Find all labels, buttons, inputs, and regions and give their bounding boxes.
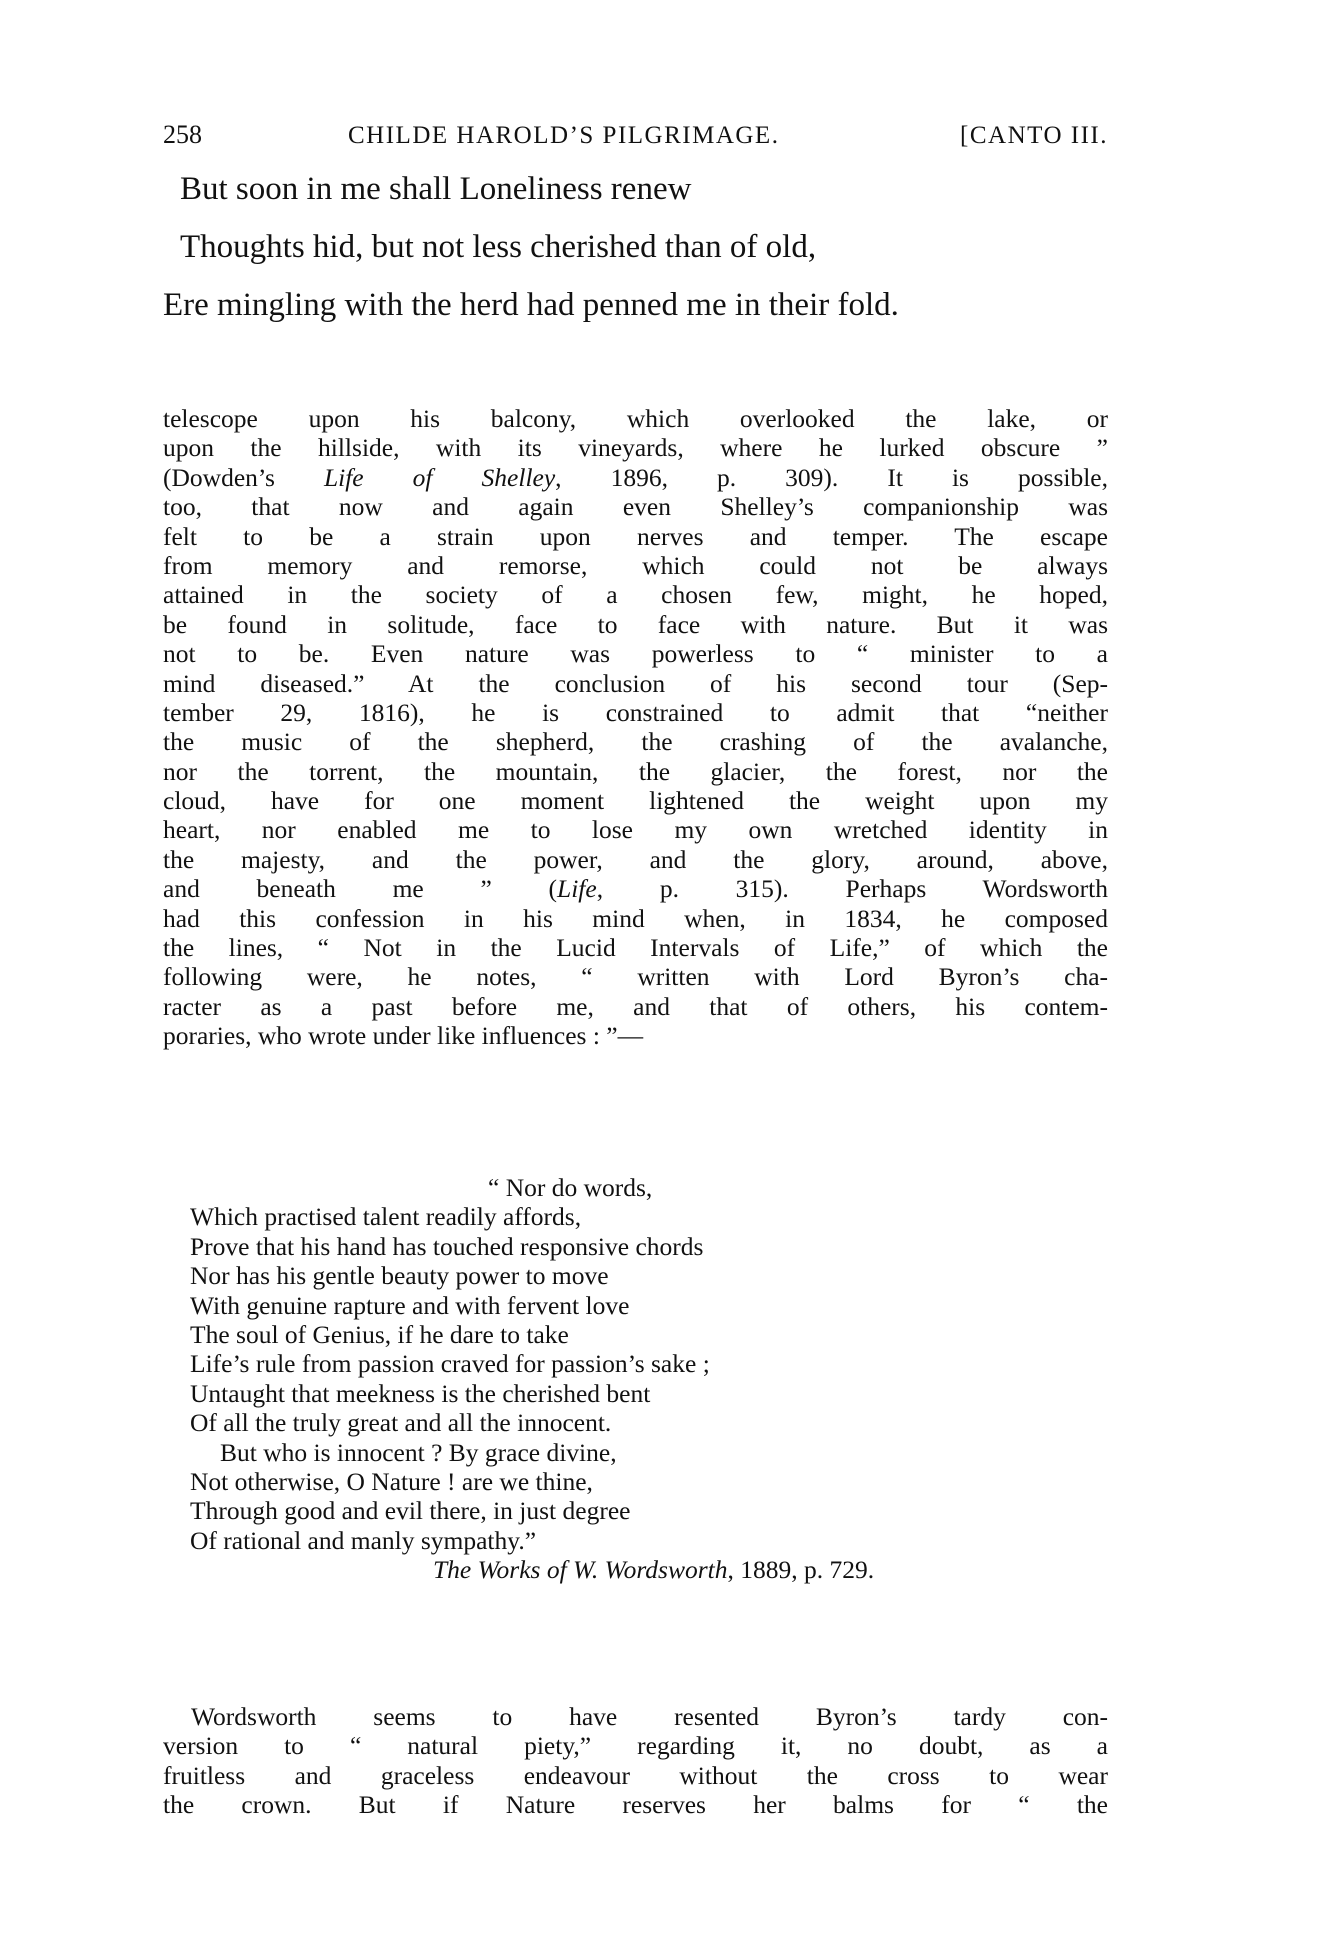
note-paragraph: telescope upon his balcony, which overlo… (163, 404, 1108, 1051)
wordsworth-quotation: “ Nor do words, Which practised talent r… (163, 1173, 1108, 1587)
canto-label: [CANTO III. (960, 119, 1108, 153)
quotation-line: Through good and evil there, in just deg… (163, 1496, 1108, 1525)
verse-line: Thoughts hid, but not less cherished tha… (163, 218, 1123, 276)
text-line: had this confession in his mind when, in… (163, 904, 1108, 933)
quotation-line: Which practised talent readily affords, (163, 1202, 1108, 1231)
text-line: attained in the society of a chosen few,… (163, 580, 1108, 609)
quotation-citation: The Works of W. Wordsworth, 1889, p. 729… (163, 1555, 1108, 1587)
quotation-line: Of rational and manly sympathy.” (163, 1526, 1108, 1555)
text-line: version to “ natural piety,” regarding i… (163, 1731, 1108, 1760)
quotation-line: The soul of Genius, if he dare to take (163, 1320, 1108, 1349)
citation-title: The Works of W. Wordsworth (433, 1555, 728, 1584)
quotation-line: Prove that his hand has touched responsi… (163, 1232, 1108, 1261)
text-line: from memory and remorse, which could not… (163, 551, 1108, 580)
italic-title: Life (557, 874, 597, 903)
page-number: 258 (163, 118, 202, 152)
running-head: 258 CHILDE HAROLD’S PILGRIMAGE. [CANTO I… (163, 118, 1108, 152)
verse-stanza: But soon in me shall Loneliness renew Th… (163, 160, 1123, 334)
text-line: tember 29, 1816), he is constrained to a… (163, 698, 1108, 727)
verse-line: But soon in me shall Loneliness renew (163, 160, 1123, 218)
text-line: (Dowden’s Life of Shelley, 1896, p. 309)… (163, 463, 1108, 492)
text-line: poraries, who wrote under like influence… (163, 1021, 1108, 1050)
text-line: fruitless and graceless endeavour withou… (163, 1761, 1108, 1790)
text-line: the lines, “ Not in the Lucid Intervals … (163, 933, 1108, 962)
text-line: heart, nor enabled me to lose my own wre… (163, 815, 1108, 844)
book-page: 258 CHILDE HAROLD’S PILGRIMAGE. [CANTO I… (0, 0, 1329, 1955)
book-title: CHILDE HAROLD’S PILGRIMAGE. (348, 119, 779, 153)
note-paragraph: Wordsworth seems to have resented Byron’… (163, 1702, 1108, 1820)
quotation-line: But who is innocent ? By grace divine, (163, 1438, 1108, 1467)
text-line: and beneath me ” (Life, p. 315). Perhaps… (163, 874, 1108, 903)
text-line: nor the torrent, the mountain, the glaci… (163, 757, 1108, 786)
text-line: telescope upon his balcony, which overlo… (163, 404, 1108, 433)
quotation-line: Of all the truly great and all the innoc… (163, 1408, 1108, 1437)
citation-details: , 1889, p. 729. (728, 1555, 875, 1584)
text-line: racter as a past before me, and that of … (163, 992, 1108, 1021)
text-line: cloud, have for one moment lightened the… (163, 786, 1108, 815)
text-line: not to be. Even nature was powerless to … (163, 639, 1108, 668)
text-line: Wordsworth seems to have resented Byron’… (163, 1702, 1108, 1731)
quotation-line: With genuine rapture and with fervent lo… (163, 1291, 1108, 1320)
quotation-line: Not otherwise, O Nature ! are we thine, (163, 1467, 1108, 1496)
quotation-line: Untaught that meekness is the cherished … (163, 1379, 1108, 1408)
italic-title: Life of Shelley (324, 463, 555, 492)
text-line: the majesty, and the power, and the glor… (163, 845, 1108, 874)
verse-line: Ere mingling with the herd had penned me… (163, 276, 1123, 334)
quotation-line: Life’s rule from passion craved for pass… (163, 1349, 1108, 1378)
text-line: following were, he notes, “ written with… (163, 962, 1108, 991)
quotation-line: Nor has his gentle beauty power to move (163, 1261, 1108, 1290)
quotation-opening-line: “ Nor do words, (163, 1173, 1108, 1202)
text-line: be found in solitude, face to face with … (163, 610, 1108, 639)
text-line: too, that now and again even Shelley’s c… (163, 492, 1108, 521)
text-line: the crown. But if Nature reserves her ba… (163, 1790, 1108, 1819)
text-line: the music of the shepherd, the crashing … (163, 727, 1108, 756)
text-line: mind diseased.” At the conclusion of his… (163, 669, 1108, 698)
text-line: upon the hillside, with its vineyards, w… (163, 433, 1108, 462)
text-line: felt to be a strain upon nerves and temp… (163, 522, 1108, 551)
